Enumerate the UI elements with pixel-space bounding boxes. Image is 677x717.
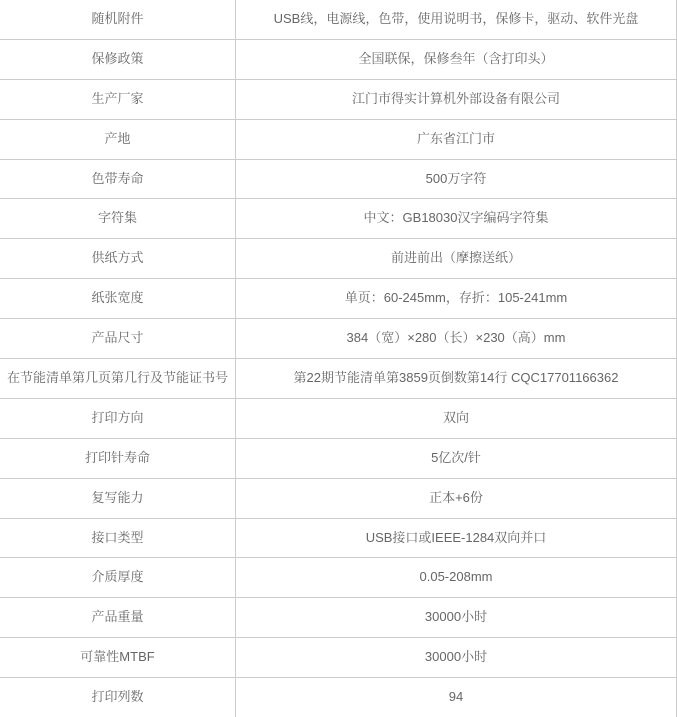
spec-label: 字符集 (0, 199, 236, 238)
spec-value: 94 (236, 678, 677, 717)
table-row: 产品重量 30000小时 (0, 598, 677, 638)
spec-label: 供纸方式 (0, 239, 236, 278)
spec-value: 正本+6份 (236, 479, 677, 518)
spec-value: 500万字符 (236, 160, 677, 199)
table-row: 色带寿命 500万字符 (0, 160, 677, 200)
table-row: 可靠性MTBF 30000小时 (0, 638, 677, 678)
spec-value: 30000小时 (236, 598, 677, 637)
spec-label: 产品重量 (0, 598, 236, 637)
spec-label: 接口类型 (0, 519, 236, 558)
spec-label: 随机附件 (0, 0, 236, 39)
table-row: 接口类型 USB接口或IEEE-1284双向并口 (0, 519, 677, 559)
spec-value: 前进前出（摩擦送纸） (236, 239, 677, 278)
spec-value: 江门市得实计算机外部设备有限公司 (236, 80, 677, 119)
spec-value: USB线，电源线，色带，使用说明书，保修卡，驱动、软件光盘 (236, 0, 677, 39)
table-row: 在节能清单第几页第几行及节能证书号 第22期节能清单第3859页倒数第14行 C… (0, 359, 677, 399)
spec-label: 色带寿命 (0, 160, 236, 199)
table-row: 生产厂家 江门市得实计算机外部设备有限公司 (0, 80, 677, 120)
table-row: 产地 广东省江门市 (0, 120, 677, 160)
table-row: 复写能力 正本+6份 (0, 479, 677, 519)
table-row: 打印方向 双向 (0, 399, 677, 439)
table-row: 产品尺寸 384（宽）×280（长）×230（高）mm (0, 319, 677, 359)
spec-value: 广东省江门市 (236, 120, 677, 159)
spec-value: 双向 (236, 399, 677, 438)
product-spec-table: 随机附件 USB线，电源线，色带，使用说明书，保修卡，驱动、软件光盘 保修政策 … (0, 0, 677, 717)
table-row: 字符集 中文：GB18030汉字编码字符集 (0, 199, 677, 239)
table-row: 保修政策 全国联保，保修叁年（含打印头） (0, 40, 677, 80)
table-row: 随机附件 USB线，电源线，色带，使用说明书，保修卡，驱动、软件光盘 (0, 0, 677, 40)
table-row: 供纸方式 前进前出（摩擦送纸） (0, 239, 677, 279)
table-row: 打印针寿命 5亿次/针 (0, 439, 677, 479)
spec-label: 生产厂家 (0, 80, 236, 119)
spec-label: 打印方向 (0, 399, 236, 438)
spec-label: 打印针寿命 (0, 439, 236, 478)
spec-label: 复写能力 (0, 479, 236, 518)
spec-label: 产品尺寸 (0, 319, 236, 358)
spec-label: 打印列数 (0, 678, 236, 717)
spec-value: 30000小时 (236, 638, 677, 677)
spec-value: 单页：60-245mm，存折：105-241mm (236, 279, 677, 318)
spec-label: 保修政策 (0, 40, 236, 79)
table-row: 介质厚度 0.05-208mm (0, 558, 677, 598)
spec-value: 第22期节能清单第3859页倒数第14行 CQC17701166362 (236, 359, 677, 398)
spec-label: 在节能清单第几页第几行及节能证书号 (0, 359, 236, 398)
spec-label: 纸张宽度 (0, 279, 236, 318)
spec-value: 中文：GB18030汉字编码字符集 (236, 199, 677, 238)
spec-value: 0.05-208mm (236, 558, 677, 597)
spec-value: 5亿次/针 (236, 439, 677, 478)
spec-label: 产地 (0, 120, 236, 159)
spec-value: 384（宽）×280（长）×230（高）mm (236, 319, 677, 358)
table-row: 打印列数 94 (0, 678, 677, 717)
spec-value: USB接口或IEEE-1284双向并口 (236, 519, 677, 558)
table-row: 纸张宽度 单页：60-245mm，存折：105-241mm (0, 279, 677, 319)
spec-value: 全国联保，保修叁年（含打印头） (236, 40, 677, 79)
spec-label: 介质厚度 (0, 558, 236, 597)
spec-label: 可靠性MTBF (0, 638, 236, 677)
